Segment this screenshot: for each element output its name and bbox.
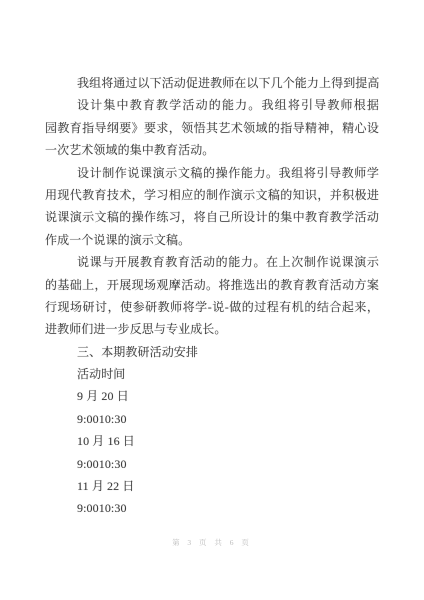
- paragraph-ability2-line: 说课演示文稿的操作练习，将自己所设计的集中教育教学活动制: [45, 206, 379, 228]
- paragraph-ability1-line: 设计集中教育教学活动的能力。我组将引导教师根据《幼儿: [45, 94, 379, 116]
- schedule-time: 9:0010:30: [45, 453, 379, 475]
- paragraph-ability2-line: 用现代教育技术，学习相应的制作演示文稿的知识，并积极进行: [45, 184, 379, 206]
- schedule-time: 9:0010:30: [45, 408, 379, 430]
- paragraph-intro-line: 我组将通过以下活动促进教师在以下几个能力上得到提高：: [45, 72, 379, 94]
- paragraph-ability1-line: 一次艺术领域的集中教育活动。: [45, 139, 379, 161]
- schedule-date: 9 月 20 日: [45, 385, 379, 407]
- paragraph-ability3-line: 进教师们进一步反思与专业成长。: [45, 318, 379, 340]
- section-heading: 三、本期教研活动安排: [45, 341, 379, 363]
- schedule-date: 11 月 22 日: [45, 475, 379, 497]
- schedule-date: 10 月 16 日: [45, 430, 379, 452]
- document-page: 我组将通过以下活动促进教师在以下几个能力上得到提高： 设计集中教育教学活动的能力…: [0, 0, 424, 600]
- paragraph-ability2-line: 设计制作说课演示文稿的操作能力。我组将引导教师学会运: [45, 162, 379, 184]
- document-body: 我组将通过以下活动促进教师在以下几个能力上得到提高： 设计集中教育教学活动的能力…: [45, 72, 379, 520]
- schedule-time: 9:0010:30: [45, 497, 379, 519]
- paragraph-ability3-line: 的基础上，开展现场观摩活动。将推选出的教育教育活动方案进: [45, 274, 379, 296]
- page-number: 第 3 页 共 6 页: [0, 537, 424, 549]
- paragraph-ability1-line: 园教育指导纲要》要求，领悟其艺术领域的指导精神，精心设计: [45, 117, 379, 139]
- schedule-label: 活动时间: [45, 363, 379, 385]
- paragraph-ability3-line: 说课与开展教育教育活动的能力。在上次制作说课演示文稿: [45, 251, 379, 273]
- paragraph-ability3-line: 行现场研讨，使参研教师将学-说-做的过程有机的结合起来，促: [45, 296, 379, 318]
- paragraph-ability2-line: 作成一个说课的演示文稿。: [45, 229, 379, 251]
